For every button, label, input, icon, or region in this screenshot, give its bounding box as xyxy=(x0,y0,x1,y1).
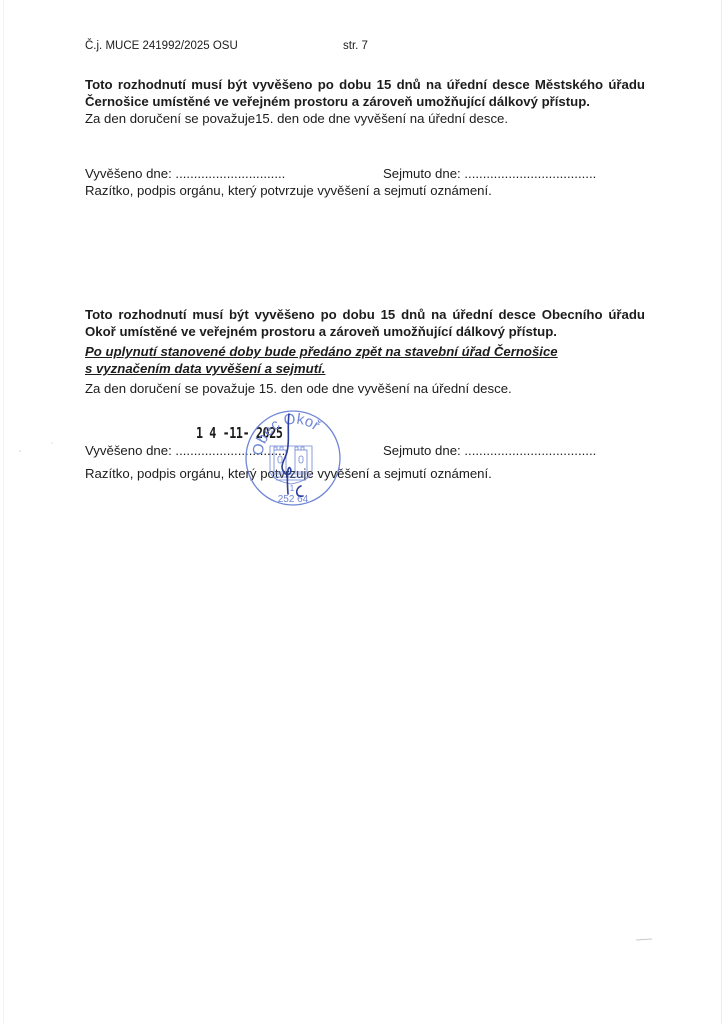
return-instruction-line: Po uplynutí stanovené doby bude předáno … xyxy=(85,343,645,360)
return-instruction-line: s vyznačením data vyvěšení a sejmutí. xyxy=(85,360,645,377)
posted-date-field: Vyvěšeno dne: ..........................… xyxy=(85,166,285,181)
posting-dates-row: Vyvěšeno dne: ..........................… xyxy=(85,166,285,181)
page-header: Č.j. MUCE 241992/2025 OSU str. 7 xyxy=(85,40,238,52)
requirement-line: Toto rozhodnutí musí být vyvěšeno po dob… xyxy=(85,76,645,93)
page-number: str. 7 xyxy=(343,40,368,52)
stamp-postal-code: 252 64 xyxy=(278,494,309,505)
requirement-line: Černošice umístěné ve veřejném prostoru … xyxy=(85,93,645,110)
requirement-line: Okoř umístěné ve veřejném prostoru a zár… xyxy=(85,323,645,340)
handwritten-posted-date: 1 4 -11- 2025 xyxy=(196,424,283,442)
posted-date-field: Vyvěšeno dne: ..........................… xyxy=(85,443,285,458)
requirement-line: Toto rozhodnutí musí být vyvěšeno po dob… xyxy=(85,306,645,323)
stamp-signature-note: Razítko, podpis orgánu, který potvrzuje … xyxy=(85,466,492,481)
return-instruction: Po uplynutí stanovené doby bude předáno … xyxy=(85,343,645,377)
official-stamp: Obec Okoř 1 252 64 xyxy=(243,408,343,508)
posting-requirement-city-office: Toto rozhodnutí musí být vyvěšeno po dob… xyxy=(85,76,645,110)
posting-requirement-municipal-office: Toto rozhodnutí musí být vyvěšeno po dob… xyxy=(85,306,645,340)
delivery-note: Za den doručení se považuje15. den ode d… xyxy=(85,110,645,127)
scan-edge-right xyxy=(721,0,722,1024)
removed-date-field: Sejmuto dne: ...........................… xyxy=(383,166,596,181)
posting-dates-row: Vyvěšeno dne: ..........................… xyxy=(85,443,285,458)
scan-noise xyxy=(0,0,725,1024)
scan-edge-left xyxy=(3,0,4,1024)
stamp-number: 1 xyxy=(290,484,295,493)
stamp-signature-note: Razítko, podpis orgánu, který potvrzuje … xyxy=(85,183,492,198)
reference-number: Č.j. MUCE 241992/2025 OSU xyxy=(85,40,238,52)
removed-date-field: Sejmuto dne: ...........................… xyxy=(383,443,596,458)
delivery-note: Za den doručení se považuje 15. den ode … xyxy=(85,380,645,397)
